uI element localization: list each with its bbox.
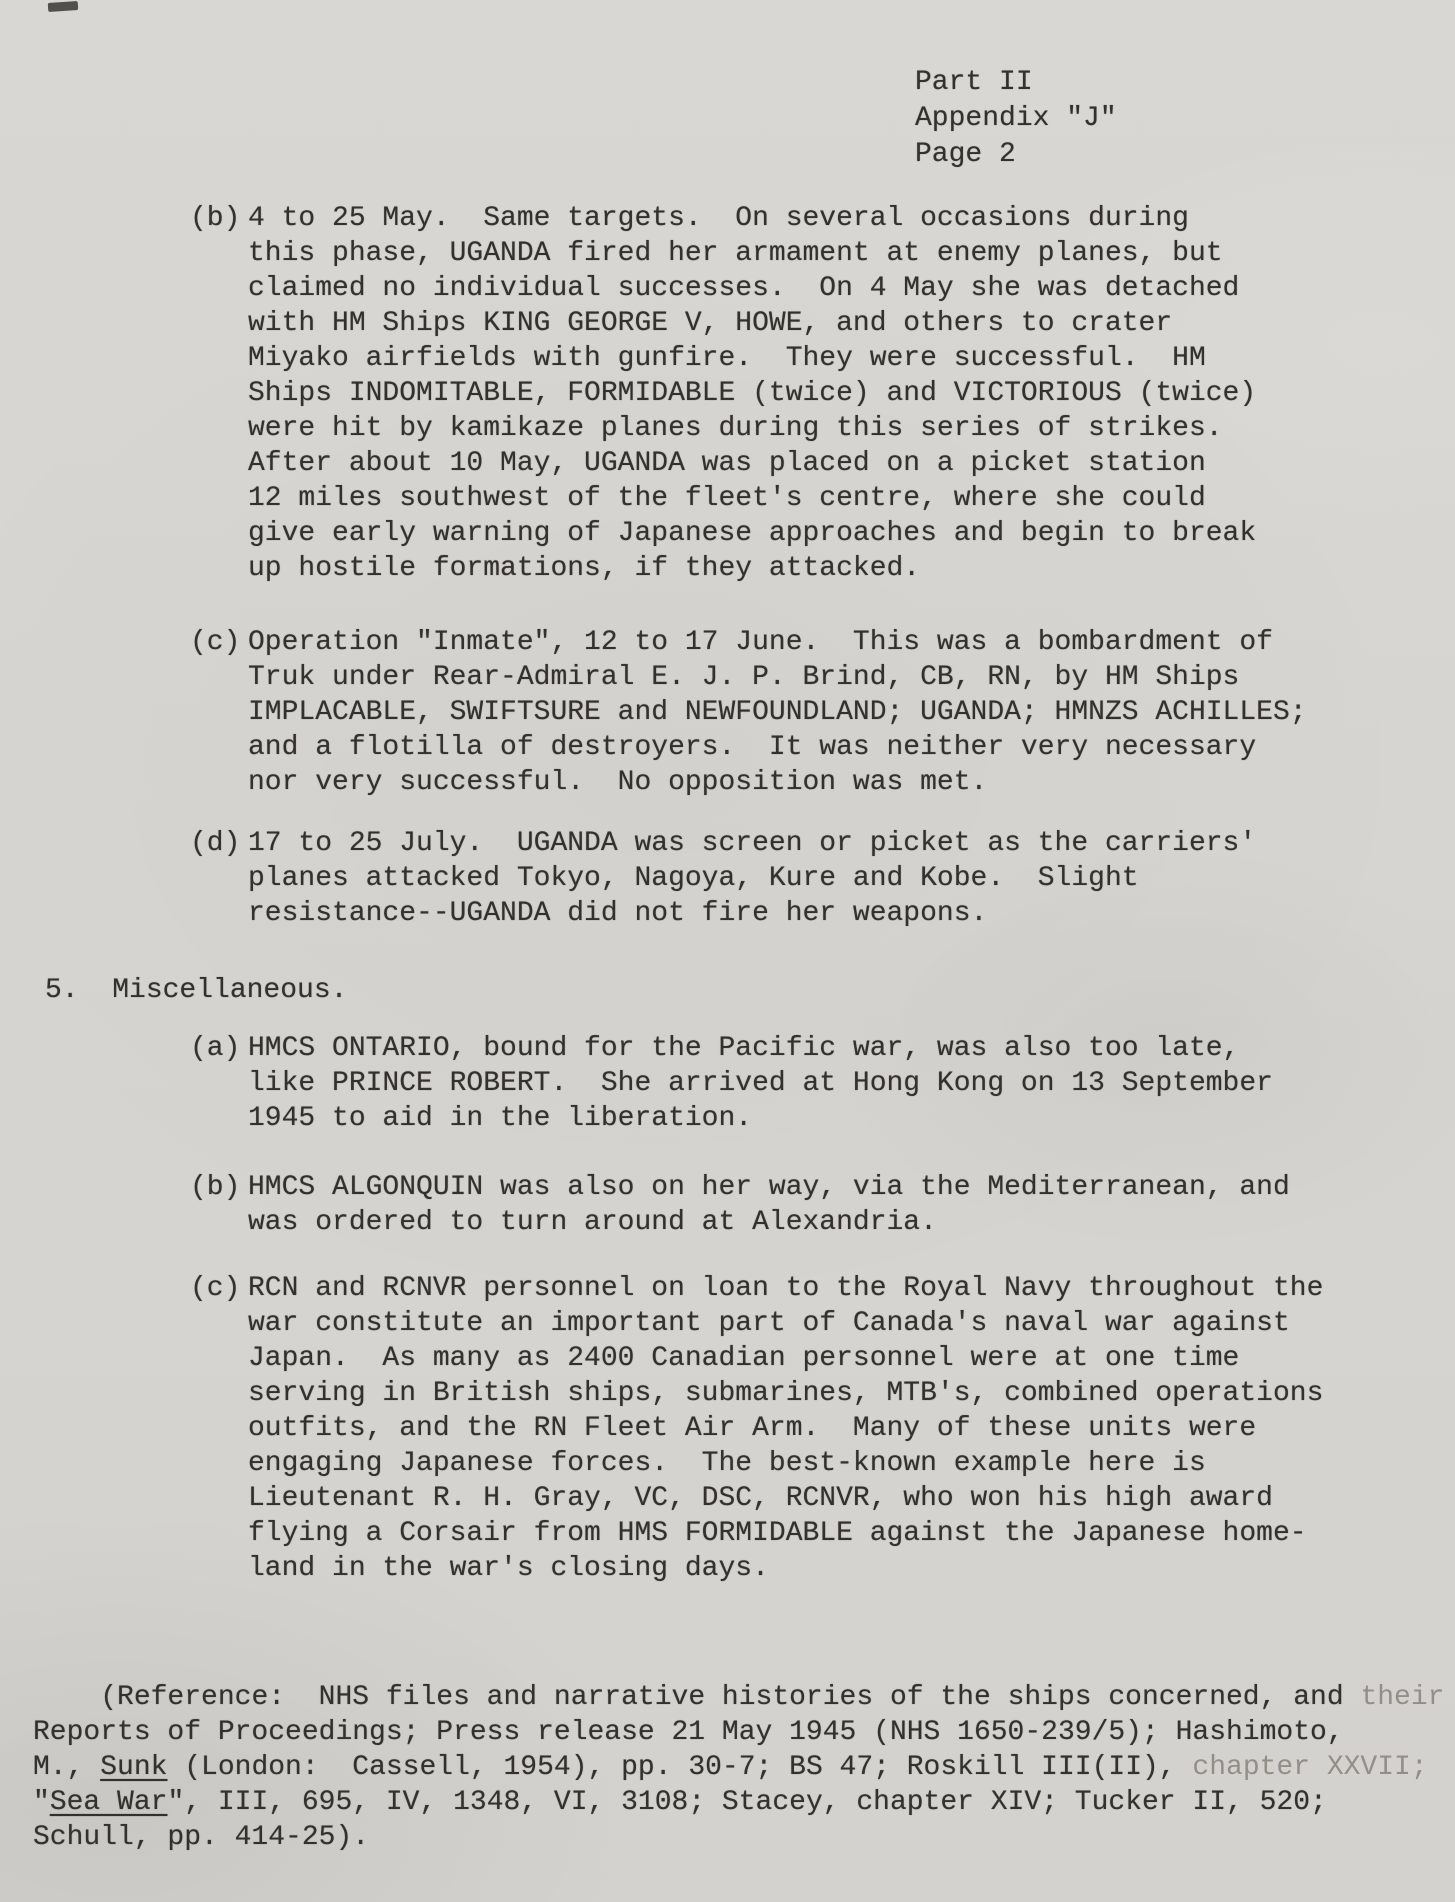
item-label: (c) bbox=[190, 625, 248, 660]
reference-segment-faded: chapter XXVII; bbox=[1192, 1752, 1427, 1783]
header-page-number: Page 2 bbox=[915, 137, 1117, 173]
item-text: 17 to 25 July. UGANDA was screen or pick… bbox=[248, 826, 1256, 931]
item-text: HMCS ONTARIO, bound for the Pacific war,… bbox=[248, 1031, 1273, 1136]
reference-note: (Reference: NHS files and narrative hist… bbox=[33, 1645, 1453, 1890]
item-label: (b) bbox=[190, 1170, 248, 1205]
item-label: (a) bbox=[190, 1031, 248, 1066]
reference-segment-faded: their bbox=[1360, 1682, 1444, 1713]
reference-segment: (London: Cassell, 1954), pp. 30-7; BS 47… bbox=[167, 1752, 1192, 1783]
reference-segment: (Reference: NHS files and narrative hist… bbox=[100, 1682, 1360, 1713]
item-text: RCN and RCNVR personnel on loan to the R… bbox=[248, 1271, 1323, 1586]
paragraph-item-b: (b) 4 to 25 May. Same targets. On severa… bbox=[190, 201, 1256, 586]
reference-segment: " bbox=[33, 1787, 50, 1818]
item-text: 4 to 25 May. Same targets. On several oc… bbox=[248, 201, 1256, 586]
sub-item-b: (b) HMCS ALGONQUIN was also on her way, … bbox=[190, 1170, 1290, 1240]
scan-artifact bbox=[48, 1, 79, 12]
item-label: (c) bbox=[190, 1271, 248, 1306]
header-part: Part II bbox=[915, 65, 1117, 101]
item-text: HMCS ALGONQUIN was also on her way, via … bbox=[248, 1170, 1290, 1240]
page-header: Part II Appendix "J" Page 2 bbox=[915, 65, 1117, 173]
header-appendix: Appendix "J" bbox=[915, 101, 1117, 137]
reference-title-sunk: Sunk bbox=[100, 1752, 167, 1783]
paragraph-item-c: (c) Operation "Inmate", 12 to 17 June. T… bbox=[190, 625, 1307, 800]
paragraph-item-d: (d) 17 to 25 July. UGANDA was screen or … bbox=[190, 826, 1256, 931]
reference-segment: ", III, 695, IV, 1348, VI, 3108; Stacey,… bbox=[33, 1787, 1327, 1853]
item-text: Operation "Inmate", 12 to 17 June. This … bbox=[248, 625, 1307, 800]
item-label: (d) bbox=[190, 826, 248, 861]
item-label: (b) bbox=[190, 201, 248, 236]
reference-title-sea-war: Sea War bbox=[50, 1787, 168, 1818]
sub-item-a: (a) HMCS ONTARIO, bound for the Pacific … bbox=[190, 1031, 1273, 1136]
section-5-heading: 5. Miscellaneous. bbox=[45, 973, 347, 1008]
document-page: Part II Appendix "J" Page 2 (b) 4 to 25 … bbox=[0, 0, 1455, 1902]
sub-item-c: (c) RCN and RCNVR personnel on loan to t… bbox=[190, 1271, 1323, 1586]
